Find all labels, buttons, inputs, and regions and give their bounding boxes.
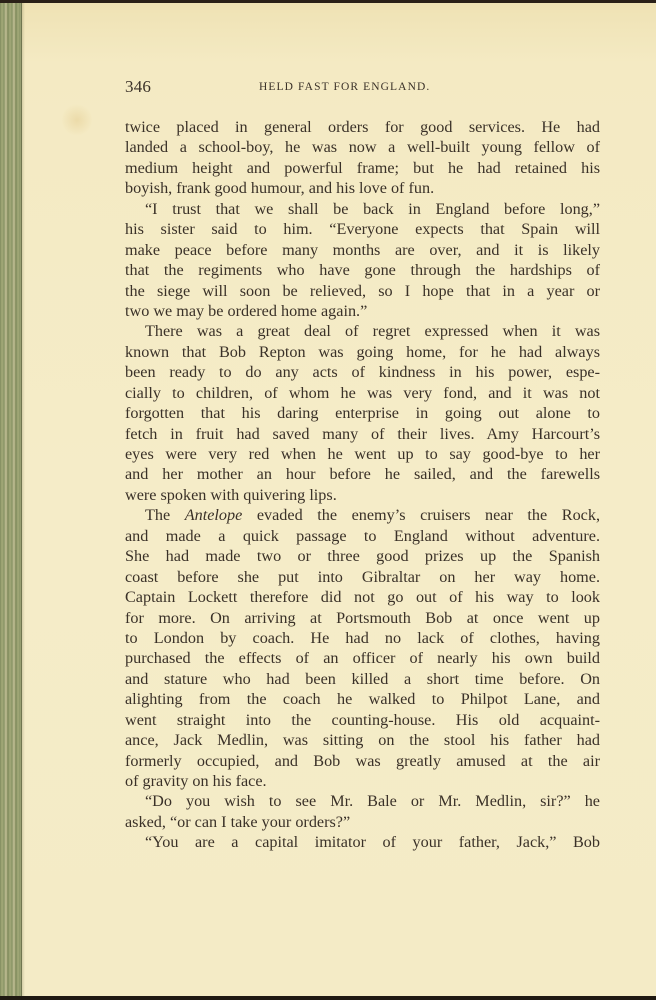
text-line: asked, “or can I take your orders?” — [125, 812, 600, 832]
text-line: eyes were very red when he went up to sa… — [125, 444, 600, 464]
text-line: and made a quick passage to England with… — [125, 526, 600, 546]
text-line: “Do you wish to see Mr. Bale or Mr. Medl… — [125, 791, 600, 811]
text-line: went straight into the counting-house. H… — [125, 710, 600, 730]
running-title: HELD FAST FOR ENGLAND. — [259, 81, 430, 93]
body-text: twice placed in general orders for good … — [125, 117, 600, 853]
text-line: of gravity on his face. — [125, 771, 600, 791]
text-line: were spoken with quivering lips. — [125, 485, 600, 505]
text-line: his sister said to him. “Everyone expect… — [125, 219, 600, 239]
book-binding-edge — [0, 3, 22, 997]
text-line: landed a school-boy, he was now a well-b… — [125, 137, 600, 157]
text-line: make peace before many months are over, … — [125, 240, 600, 260]
text-line: and stature who had been killed a short … — [125, 669, 600, 689]
text-line: fetch in fruit had saved many of their l… — [125, 424, 600, 444]
text-line: two we may be ordered home again.” — [125, 301, 600, 321]
text-line: that the regiments who have gone through… — [125, 260, 600, 280]
text-line: for more. On arriving at Portsmouth Bob … — [125, 608, 600, 628]
ship-name: Antelope — [185, 506, 243, 524]
text-line: been ready to do any acts of kindness in… — [125, 362, 600, 382]
text-line: boyish, frank good humour, and his love … — [125, 178, 600, 198]
paper-stain — [62, 103, 92, 137]
scan-bottom-edge — [0, 996, 656, 1000]
text-line: formerly occupied, and Bob was greatly a… — [125, 751, 600, 771]
text-line: coast before she put into Gibraltar on h… — [125, 567, 600, 587]
text-line: “You are a capital imitator of your fath… — [125, 832, 600, 852]
page-header: 346 HELD FAST FOR ENGLAND. — [125, 77, 600, 101]
text-line: “I trust that we shall be back in Englan… — [125, 199, 600, 219]
text-line: alighting from the coach he walked to Ph… — [125, 689, 600, 709]
text-line: twice placed in general orders for good … — [125, 117, 600, 137]
binding-shadow — [21, 3, 25, 997]
text-line: Captain Lockett therefore did not go out… — [125, 587, 600, 607]
text-line: purchased the effects of an officer of n… — [125, 648, 600, 668]
text-line: There was a great deal of regret express… — [125, 321, 600, 341]
text-line: known that Bob Repton was going home, fo… — [125, 342, 600, 362]
text-line: to London by coach. He had no lack of cl… — [125, 628, 600, 648]
text-line: She had made two or three good prizes up… — [125, 546, 600, 566]
text-line: ance, Jack Medlin, was sitting on the st… — [125, 730, 600, 750]
text-line: forgotten that his daring enterprise in … — [125, 403, 600, 423]
text-line: The Antelope evaded the enemy’s cruisers… — [125, 505, 600, 525]
text-line: cially to children, of whom he was very … — [125, 383, 600, 403]
book-page: 346 HELD FAST FOR ENGLAND. twice placed … — [0, 3, 656, 997]
text-line: and her mother an hour before he sailed,… — [125, 464, 600, 484]
text-line: the siege will soon be relieved, so I ho… — [125, 281, 600, 301]
page-number: 346 — [125, 77, 151, 97]
text-line: medium height and powerful frame; but he… — [125, 158, 600, 178]
